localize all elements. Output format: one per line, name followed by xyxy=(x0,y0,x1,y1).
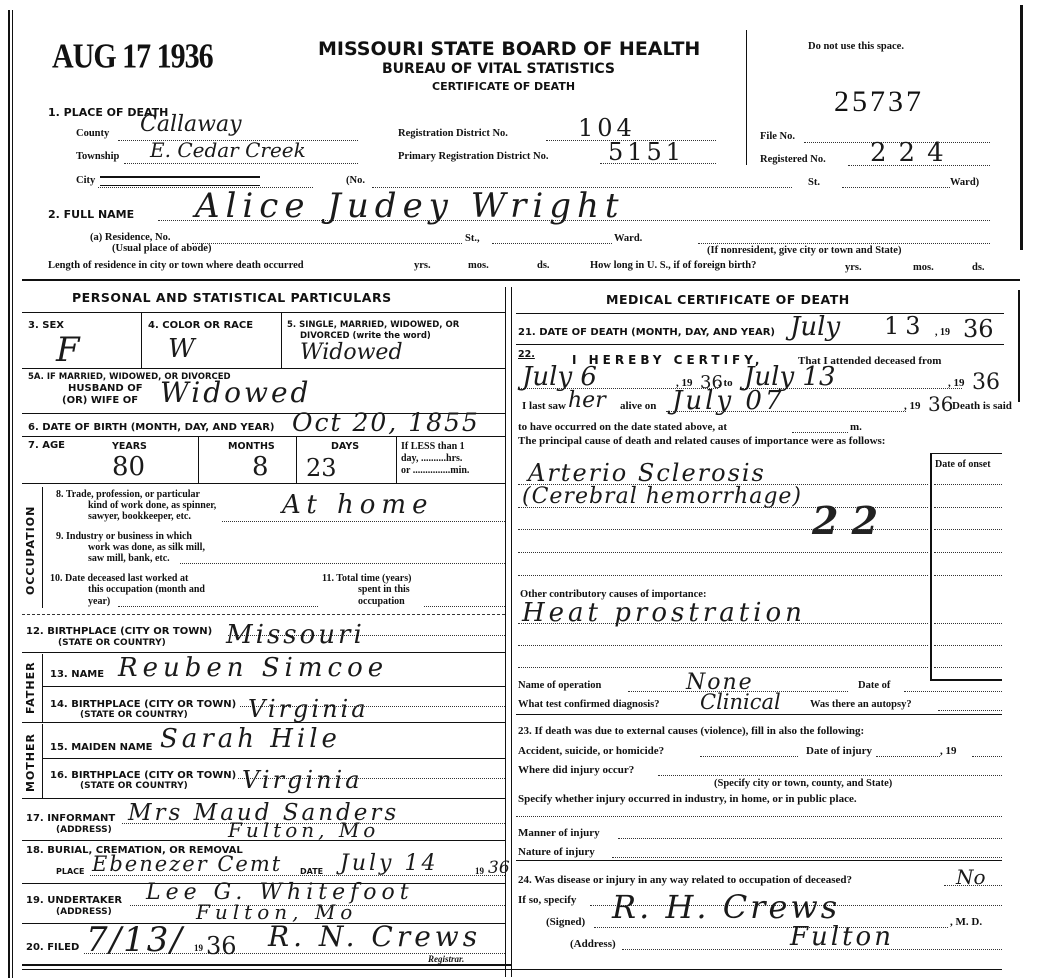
form-name: CERTIFICATE OF DEATH xyxy=(432,80,575,93)
industry-label-1: 9. Industry or business in which xyxy=(56,531,192,542)
city-struck-value xyxy=(100,176,260,186)
last-saw-value: her xyxy=(568,388,606,413)
mother-birthplace-label-1: 16. BIRTHPLACE (CITY OR TOWN) xyxy=(50,770,236,781)
registered-no-value: 224 xyxy=(870,138,956,168)
row6-rule xyxy=(22,436,505,437)
occupation-related-label: 24. Was disease or injury in any way rel… xyxy=(518,874,852,886)
burial-place-value: Ebenezer Cemt xyxy=(92,852,282,876)
months-label: MONTHS xyxy=(228,441,275,452)
manner-injury-line xyxy=(618,838,1002,839)
city-st-label: St. xyxy=(808,177,820,188)
father-name-value: Reuben Simcoe xyxy=(118,653,388,683)
onset-line-1 xyxy=(934,484,1002,485)
onset-line-3 xyxy=(934,529,1002,530)
right-border xyxy=(1020,5,1023,250)
county-value: Callaway xyxy=(140,112,242,137)
us-yrs-label: yrs. xyxy=(845,262,862,273)
trade-label-3: sawyer, bookkeeper, etc. xyxy=(88,511,191,522)
primary-registration-label: Primary Registration District No. xyxy=(398,151,548,162)
onset-column-left xyxy=(930,453,932,680)
onset-column-top xyxy=(930,453,1002,454)
left-border-outer xyxy=(8,10,10,978)
alive-on-value: July 07 xyxy=(672,386,785,416)
signed-label: (Signed) xyxy=(546,916,585,928)
occurred-time-line xyxy=(792,432,848,433)
registration-district-label: Registration District No. xyxy=(398,128,508,139)
city-ward-label: Ward) xyxy=(950,177,979,188)
registered-no-label: Registered No. xyxy=(760,154,826,165)
how-long-us-label: How long in U. S., if of foreign birth? xyxy=(590,260,756,271)
injury-year-prefix: , 19 xyxy=(940,745,957,757)
dob-value: Oct 20, 1855 xyxy=(292,408,480,437)
dod-label: 21. DATE OF DEATH (MONTH, DAY, AND YEAR) xyxy=(518,327,775,338)
occupation-rule xyxy=(22,614,505,615)
informant-address-value: Fulton, Mo xyxy=(228,818,379,842)
cause-line-7 xyxy=(518,645,928,646)
length-residence-label: Length of residence in city or town wher… xyxy=(48,260,304,271)
full-name-label: 2. FULL NAME xyxy=(48,208,134,221)
occupation-related-line xyxy=(944,885,1002,886)
injury-date-line xyxy=(876,756,940,757)
birthplace-value: Missouri xyxy=(226,620,365,650)
occurred-m-label: m. xyxy=(850,421,862,433)
spouse-label-2: HUSBAND OF xyxy=(68,383,143,394)
filed-label: 20. FILED xyxy=(26,942,79,953)
onset-column-bottom xyxy=(930,679,1002,681)
other-causes-value: Heat prostration xyxy=(522,598,806,628)
undertaker-address-label: (ADDRESS) xyxy=(56,907,112,917)
marital-value: Widowed xyxy=(300,340,403,365)
race-label: 4. COLOR OR RACE xyxy=(148,320,253,331)
residence-ward-label: Ward. xyxy=(614,233,642,244)
row3-rule xyxy=(22,368,505,369)
father-name-label: 13. NAME xyxy=(50,669,104,680)
trade-label-2: kind of work done, as spinner, xyxy=(88,500,216,511)
test-label: What test confirmed diagnosis? xyxy=(518,699,659,710)
filed-value: 7/13/ xyxy=(86,920,184,960)
physician-signature: R. H. Crews xyxy=(612,888,840,926)
residence-line xyxy=(192,243,462,244)
days-less-divider xyxy=(396,437,397,483)
city-ward-line xyxy=(842,187,950,188)
less-than-day-3: or ...............min. xyxy=(401,465,469,476)
test-value: Clinical xyxy=(700,690,781,714)
form-subtitle: BUREAU OF VITAL STATISTICS xyxy=(382,61,615,77)
center-divider-right xyxy=(511,287,512,977)
nature-injury-line xyxy=(612,857,1002,858)
date-of-onset-label: Date of onset xyxy=(935,459,991,470)
months-value: 8 xyxy=(252,452,269,482)
cause-2-annotation: 2 2 xyxy=(812,498,878,543)
bottom-rule-1 xyxy=(22,964,512,966)
filed-year-prefix: 19 xyxy=(194,943,203,953)
address-value: Fulton xyxy=(790,922,894,952)
trade-line xyxy=(222,521,505,522)
cause-line-8 xyxy=(518,667,928,668)
nonresident-line xyxy=(698,243,990,244)
father-birthplace-label-2: (STATE OR COUNTRY) xyxy=(80,710,188,720)
specify-injury-label: Specify whether injury occurred in indus… xyxy=(518,793,857,805)
row22-rule xyxy=(516,714,1002,715)
trade-label-1: 8. Trade, profession, or particular xyxy=(56,489,200,500)
occupation-side-rule xyxy=(42,487,43,608)
cause-2-value: (Cerebral hemorrhage) xyxy=(522,484,802,509)
registrar-signature: R. N. Crews xyxy=(268,920,481,953)
bottom-rule-2 xyxy=(22,969,1002,970)
if-so-label: If so, specify xyxy=(518,894,576,906)
mother-side-rule xyxy=(42,724,43,798)
onset-line-6 xyxy=(934,623,1002,624)
external-causes-label: 23. If death was due to external causes … xyxy=(518,725,864,737)
days-value: 23 xyxy=(306,454,337,482)
filed-year-value: 36 xyxy=(206,932,237,960)
residence-st-label: St., xyxy=(465,233,480,244)
certify-heading: I HEREBY CERTIFY, xyxy=(572,353,764,367)
father-birthplace-label-1: 14. BIRTHPLACE (CITY OR TOWN) xyxy=(50,699,236,710)
burial-year-value: 36 xyxy=(488,858,510,878)
residence-ward-line xyxy=(492,243,612,244)
primary-registration-value: 5151 xyxy=(608,138,685,166)
mother-side-label: MOTHER xyxy=(24,726,37,800)
dob-label: 6. DATE OF BIRTH (MONTH, DAY, AND YEAR) xyxy=(28,422,275,433)
last-worked-line xyxy=(118,606,318,607)
undertaker-label: 19. UNDERTAKER xyxy=(26,895,122,906)
do-not-use-note: Do not use this space. xyxy=(808,41,904,52)
last-worked-label-2: this occupation (month and xyxy=(88,584,205,595)
full-name-value: Alice Judey Wright xyxy=(195,186,625,226)
section-top-divider xyxy=(22,279,1020,281)
row13-rule xyxy=(42,686,505,687)
where-injury-label: Where did injury occur? xyxy=(518,764,634,776)
certificate-number: 25737 xyxy=(834,85,924,119)
operation-label: Name of operation xyxy=(518,680,601,691)
operation-date-line xyxy=(904,691,1002,692)
operation-date-label: Date of xyxy=(858,680,890,691)
dod-day: 13 xyxy=(884,312,927,340)
cause-line-4 xyxy=(518,552,928,553)
onset-line-5 xyxy=(934,575,1002,576)
father-side-label: FATHER xyxy=(24,656,37,720)
last-worked-label-1: 10. Date deceased last worked at xyxy=(50,573,188,584)
months-days-divider xyxy=(296,437,297,483)
onset-line-2 xyxy=(934,507,1002,508)
cause-1-value: Arterio Sclerosis xyxy=(528,459,766,487)
onset-line-8 xyxy=(934,667,1002,668)
informant-address-label: (ADDRESS) xyxy=(56,825,112,835)
injury-date-label: Date of injury xyxy=(806,745,872,757)
registrar-label: Registrar. xyxy=(428,954,464,964)
row14-rule xyxy=(22,722,505,723)
file-no-label: File No. xyxy=(760,131,795,142)
residence-sublabel: (Usual place of abode) xyxy=(112,243,211,254)
years-label: YEARS xyxy=(112,441,147,452)
medical-title-rule xyxy=(516,313,1004,314)
city-no-label: (No. xyxy=(346,175,365,186)
cause-line-5 xyxy=(518,575,928,576)
manner-injury-label: Manner of injury xyxy=(518,827,600,839)
informant-label: 17. INFORMANT xyxy=(26,813,115,824)
alive-on-label: alive on xyxy=(620,400,656,412)
total-time-label-3: occupation xyxy=(358,596,405,607)
received-date-stamp: AUG 17 1936 xyxy=(52,37,213,76)
dod-year: 36 xyxy=(963,315,994,343)
row17-rule xyxy=(22,840,505,841)
marital-label-1: 5. SINGLE, MARRIED, WIDOWED, OR xyxy=(287,320,459,330)
sex-value: F xyxy=(56,330,80,370)
less-than-day-2: day, ..........hrs. xyxy=(401,453,462,464)
where-injury-note: (Specify city or town, county, and State… xyxy=(714,778,892,789)
trade-value: At home xyxy=(282,490,433,520)
specify-injury-line xyxy=(516,816,1002,817)
length-yrs-label: yrs. xyxy=(414,260,431,271)
age-label: 7. AGE xyxy=(28,440,65,451)
nonresident-note: (If nonresident, give city or town and S… xyxy=(707,245,901,256)
years-value: 80 xyxy=(112,452,145,482)
personal-section-title: PERSONAL AND STATISTICAL PARTICULARS xyxy=(72,290,392,305)
row21-rule xyxy=(516,344,1004,345)
father-birthplace-value: Virginia xyxy=(248,695,369,723)
race-value: W xyxy=(168,334,195,364)
mother-name-label: 15. MAIDEN NAME xyxy=(50,742,152,753)
onset-line-4 xyxy=(934,552,1002,553)
sex-race-divider xyxy=(141,313,142,368)
md-label: , M. D. xyxy=(950,916,982,928)
birthplace-label-1: 12. BIRTHPLACE (CITY OR TOWN) xyxy=(26,626,212,637)
accident-label: Accident, suicide, or homicide? xyxy=(518,745,664,757)
personal-title-rule xyxy=(22,312,505,313)
principal-cause-label: The principal cause of death and related… xyxy=(518,435,885,447)
row23-rule xyxy=(516,860,1002,861)
years-months-divider xyxy=(198,437,199,483)
burial-date-value: July 14 xyxy=(340,851,438,876)
length-mos-label: mos. xyxy=(468,260,489,271)
spouse-label-3: (OR) WIFE OF xyxy=(62,395,138,406)
form-title: MISSOURI STATE BOARD OF HEALTH xyxy=(318,38,700,60)
mother-name-value: Sarah Hile xyxy=(160,724,341,754)
burial-date-label: DATE xyxy=(300,867,323,876)
mother-birthplace-label-2: (STATE OR COUNTRY) xyxy=(80,781,188,791)
township-value: E. Cedar Creek xyxy=(150,138,306,162)
us-mos-label: mos. xyxy=(913,262,934,273)
race-marital-divider xyxy=(281,313,282,368)
industry-label-3: saw mill, bank, etc. xyxy=(88,553,170,564)
right-border-mid xyxy=(1018,290,1020,402)
autopsy-line xyxy=(938,710,1002,711)
days-label: DAYS xyxy=(331,441,359,452)
total-time-label-1: 11. Total time (years) xyxy=(322,573,411,584)
last-worked-label-3: year) xyxy=(88,596,110,607)
left-border-inner xyxy=(12,10,13,978)
nature-injury-label: Nature of injury xyxy=(518,846,595,858)
last-saw-label: I last saw xyxy=(522,400,566,412)
certify-number: 22. xyxy=(518,349,535,360)
autopsy-label: Was there an autopsy? xyxy=(810,699,912,710)
to-year-prefix: , 19 xyxy=(948,377,965,389)
birthplace-label-2: (STATE OR COUNTRY) xyxy=(58,638,166,648)
burial-place-label: PLACE xyxy=(56,867,85,876)
alive-year-prefix: , 19 xyxy=(904,400,921,412)
row16-rule xyxy=(22,798,505,799)
us-ds-label: ds. xyxy=(972,262,985,273)
row15-rule xyxy=(42,758,505,759)
less-than-day-1: If LESS than 1 xyxy=(401,441,465,452)
alive-year: 36 xyxy=(928,392,953,416)
injury-year-line xyxy=(972,756,1002,757)
county-label: County xyxy=(76,128,109,139)
father-side-rule xyxy=(42,654,43,722)
to-year: 36 xyxy=(972,370,1000,395)
spouse-value: Widowed xyxy=(160,376,311,409)
industry-label-2: work was done, as silk mill, xyxy=(88,542,205,553)
where-injury-line xyxy=(658,775,1002,776)
header-divider xyxy=(746,30,747,165)
length-ds-label: ds. xyxy=(537,260,550,271)
township-label: Township xyxy=(76,151,119,162)
industry-line xyxy=(180,563,505,564)
address-label: (Address) xyxy=(570,938,616,950)
accident-line xyxy=(700,756,798,757)
burial-year-prefix: 19 xyxy=(475,866,484,876)
dod-year-prefix: , 19 xyxy=(935,327,950,338)
total-time-label-2: spent in this xyxy=(358,584,410,595)
occurred-label: to have occurred on the date stated abov… xyxy=(518,421,727,433)
signed-line xyxy=(594,927,948,928)
township-line xyxy=(124,163,358,164)
dod-month: July xyxy=(790,312,840,342)
onset-line-7 xyxy=(934,645,1002,646)
medical-section-title: MEDICAL CERTIFICATE OF DEATH xyxy=(606,292,850,307)
occupation-side-label: OCCUPATION xyxy=(24,498,37,602)
death-said-label: Death is said xyxy=(952,400,1012,412)
mother-birthplace-value: Virginia xyxy=(242,766,363,794)
city-label: City xyxy=(76,175,95,186)
residence-label: (a) Residence, No. xyxy=(90,232,170,243)
row7-rule xyxy=(22,483,505,484)
total-time-line xyxy=(424,606,505,607)
